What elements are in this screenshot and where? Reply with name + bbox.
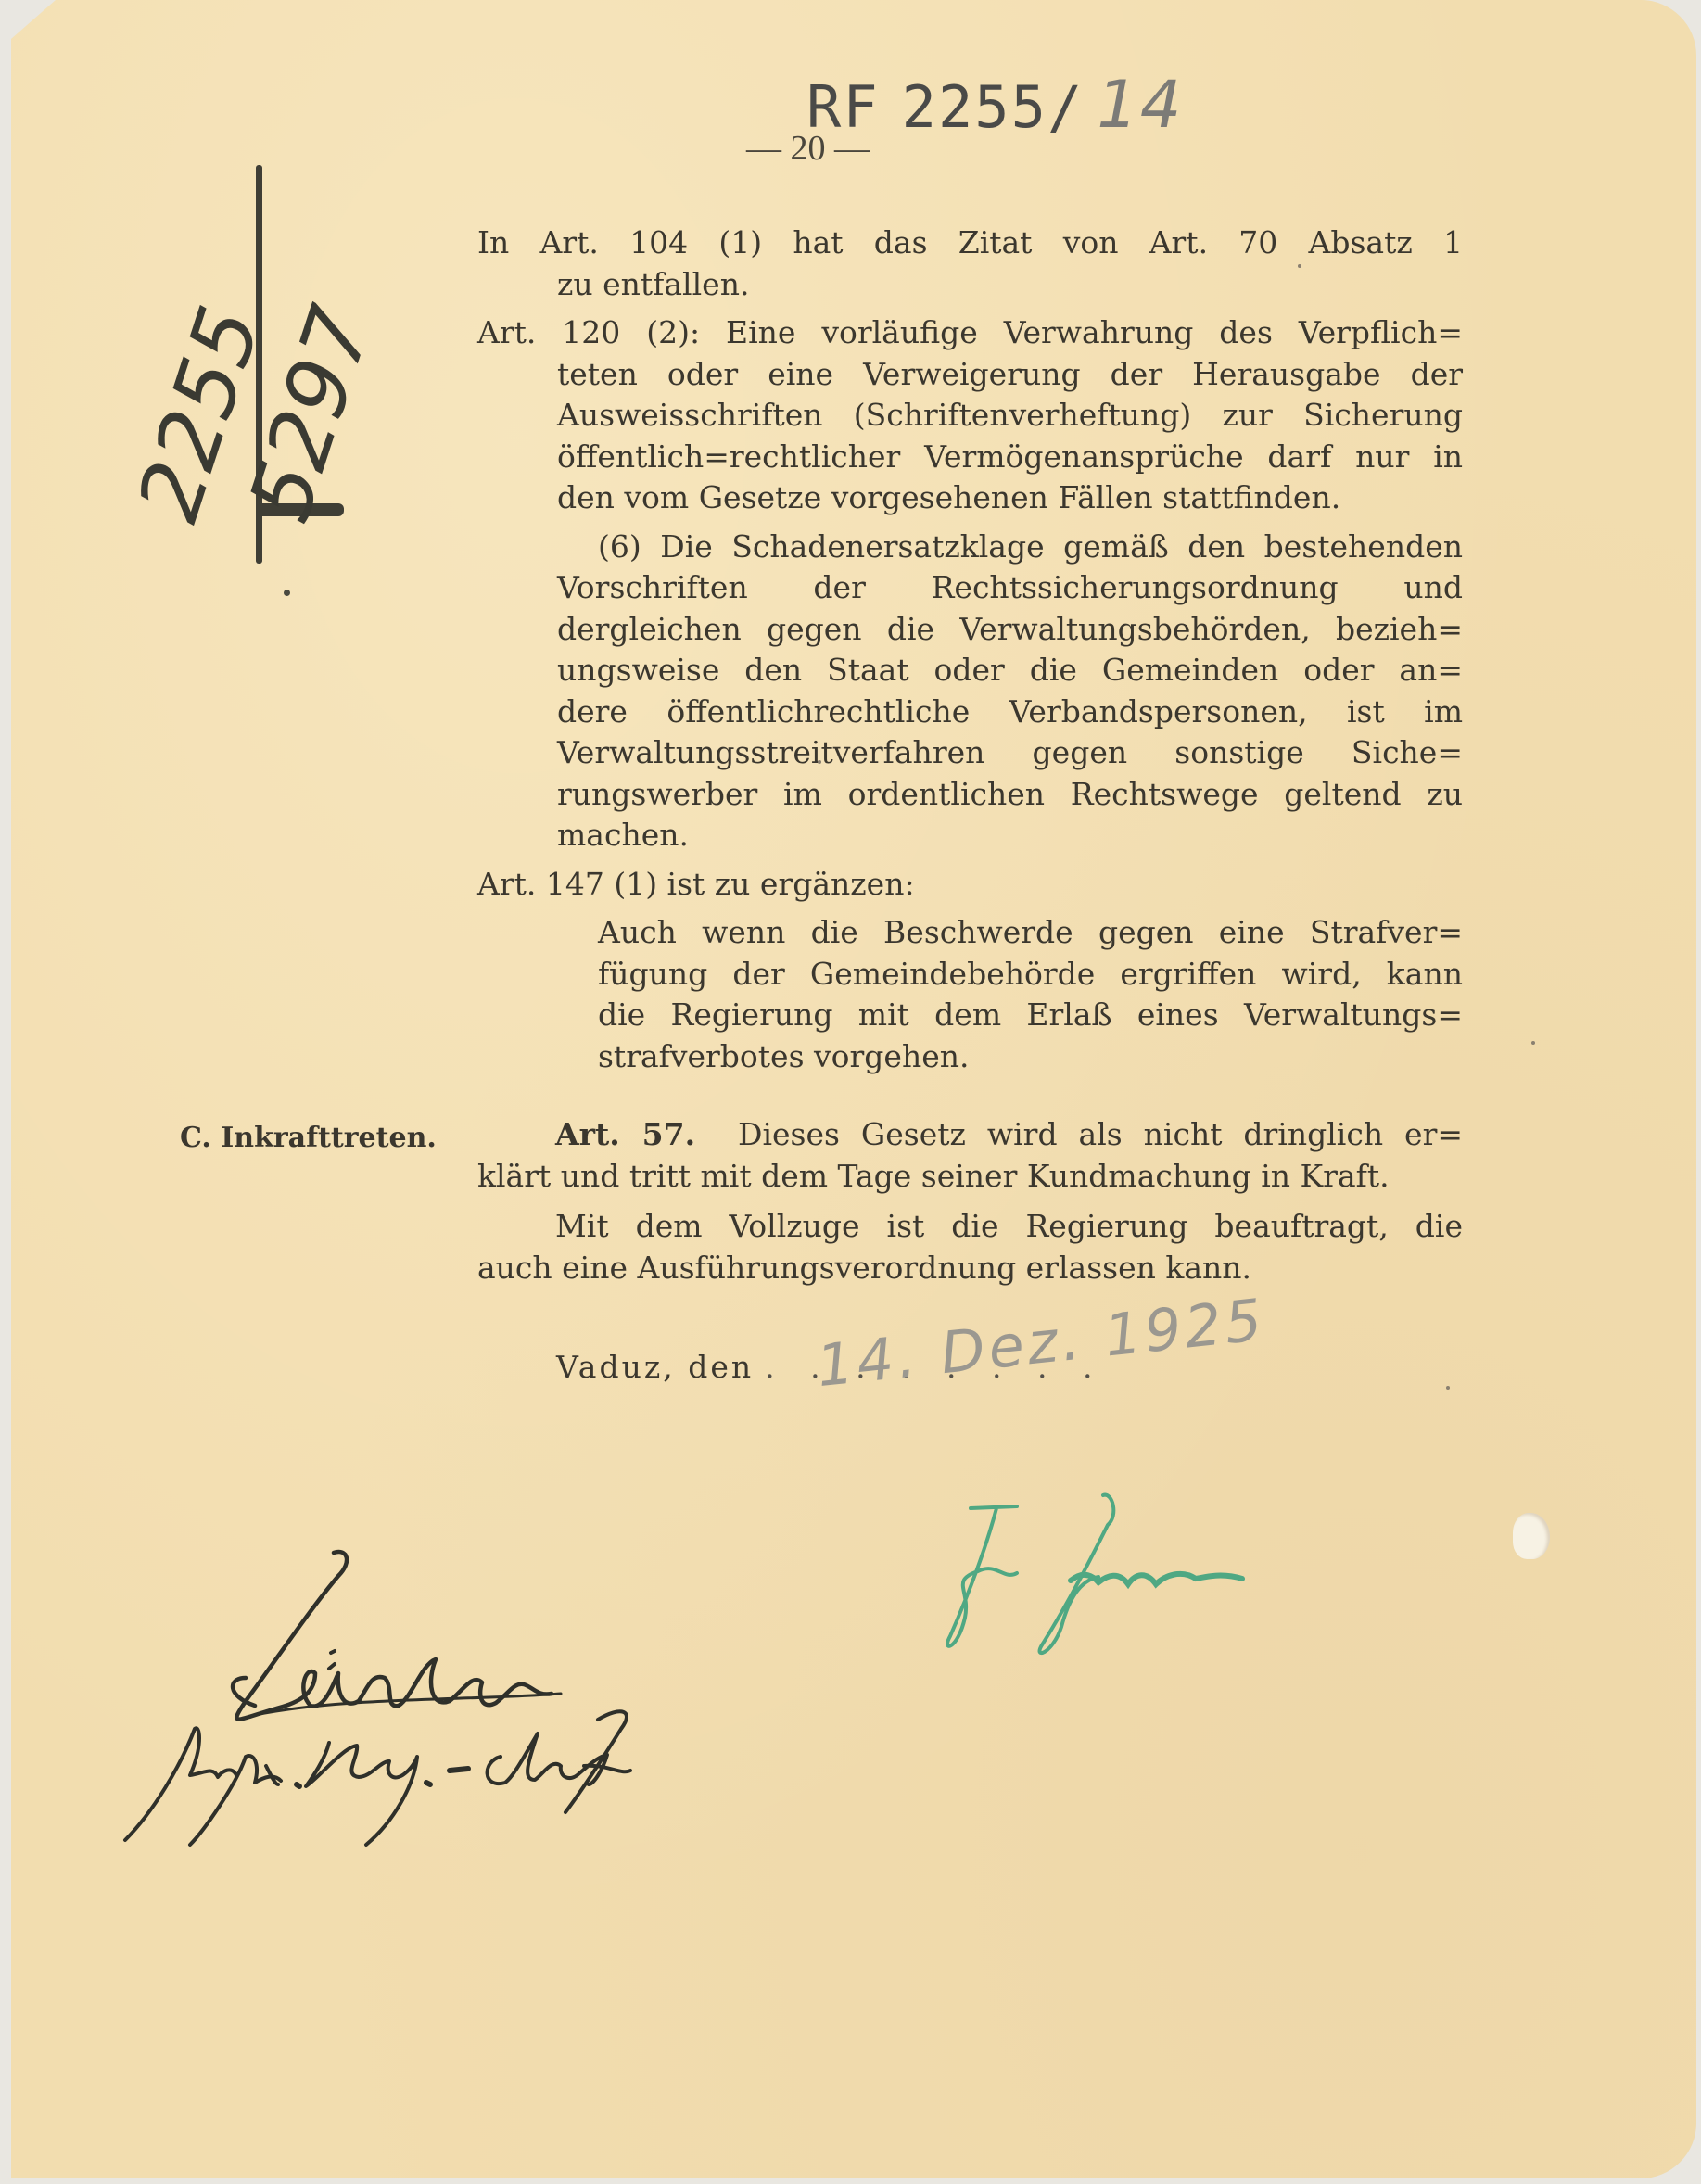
text-line: auch eine Ausführungsverordnung erlassen…	[477, 1248, 1463, 1289]
paper-tear	[1513, 1513, 1550, 1559]
margin-dot	[284, 590, 290, 596]
text-line: machen.	[557, 815, 1463, 857]
text-line: Art. 57. Dieses Gesetz wird als nicht dr…	[477, 1114, 1463, 1156]
text-line: rungswerber im ordentlichen Rechtswege g…	[557, 774, 1463, 816]
article-label: Art. 57.	[555, 1116, 695, 1152]
text-line: (6) Die Schadenersatzklage gemäß den bes…	[557, 527, 1463, 568]
text-line: Art. 120 (2): Eine vorläufige Verwahrung…	[477, 312, 1463, 354]
text-line: fügung der Gemeindebehörde ergriffen wir…	[598, 954, 1463, 996]
text-line: Ausweisschriften (Schriftenverheftung) z…	[477, 395, 1463, 437]
section-heading-inkrafttreten: C. Inkrafttreten.	[180, 1122, 437, 1154]
paragraph-art57: Art. 57. Dieses Gesetz wird als nicht dr…	[477, 1114, 1463, 1289]
paper-speck	[1531, 1041, 1535, 1045]
text-line: dere öffentlichrechtliche Verbandsperson…	[557, 692, 1463, 733]
paragraph-art104: In Art. 104 (1) hat das Zitat von Art. 7…	[477, 222, 1463, 305]
paper-speck	[1446, 1386, 1450, 1390]
text-line: Auch wenn die Beschwerde gegen eine Stra…	[598, 912, 1463, 954]
text-line: klärt und tritt mit dem Tage seiner Kund…	[477, 1156, 1463, 1198]
text-line: Art. 147 (1) ist zu ergänzen:	[477, 864, 1463, 906]
document-body: In Art. 104 (1) hat das Zitat von Art. 7…	[477, 222, 1463, 1085]
text-line: dergleichen gegen die Verwaltungsbehörde…	[557, 609, 1463, 651]
signature-black-ink	[116, 1534, 969, 1868]
text-line: Mit dem Vollzuge ist die Regierung beauf…	[477, 1206, 1463, 1248]
paragraph-art147-quote: Auch wenn die Beschwerde gegen eine Stra…	[477, 912, 1463, 1077]
stamp-number: 2255/	[902, 73, 1085, 141]
text-fragment: Dieses Gesetz wird als nicht dringlich e…	[738, 1116, 1463, 1152]
text-line: die Regierung mit dem Erlaß eines Verwal…	[598, 995, 1463, 1036]
text-line: ungsweise den Staat oder die Gemeinden o…	[557, 650, 1463, 692]
paper-speck	[818, 760, 821, 764]
paragraph-art147-intro: Art. 147 (1) ist zu ergänzen:	[477, 864, 1463, 906]
text-line: zu entfallen.	[477, 264, 1463, 306]
text-line: teten oder eine Verweigerung der Herausg…	[477, 354, 1463, 396]
paragraph-art120-6: (6) Die Schadenersatzklage gemäß den bes…	[477, 527, 1463, 857]
text-line: Verwaltungsstreitverfahren gegen sonstig…	[557, 732, 1463, 774]
place-label: Vaduz, den	[556, 1349, 754, 1385]
page-number: — 20 —	[746, 128, 870, 169]
stamp-handwritten-suffix: 14	[1097, 67, 1183, 143]
text-line: öffentlich=rechtlicher Vermögenansprüche…	[477, 437, 1463, 478]
text-line: In Art. 104 (1) hat das Zitat von Art. 7…	[477, 222, 1463, 264]
text-line: Vorschriften der Rechtssicherungsordnung…	[557, 567, 1463, 609]
paper-speck	[1298, 264, 1301, 268]
text-line: den vom Gesetze vorgesehenen Fällen stat…	[477, 477, 1463, 519]
paragraph-art120-2: Art. 120 (2): Eine vorläufige Verwahrung…	[477, 312, 1463, 519]
text-line: strafverbotes vorgehen.	[598, 1036, 1463, 1078]
